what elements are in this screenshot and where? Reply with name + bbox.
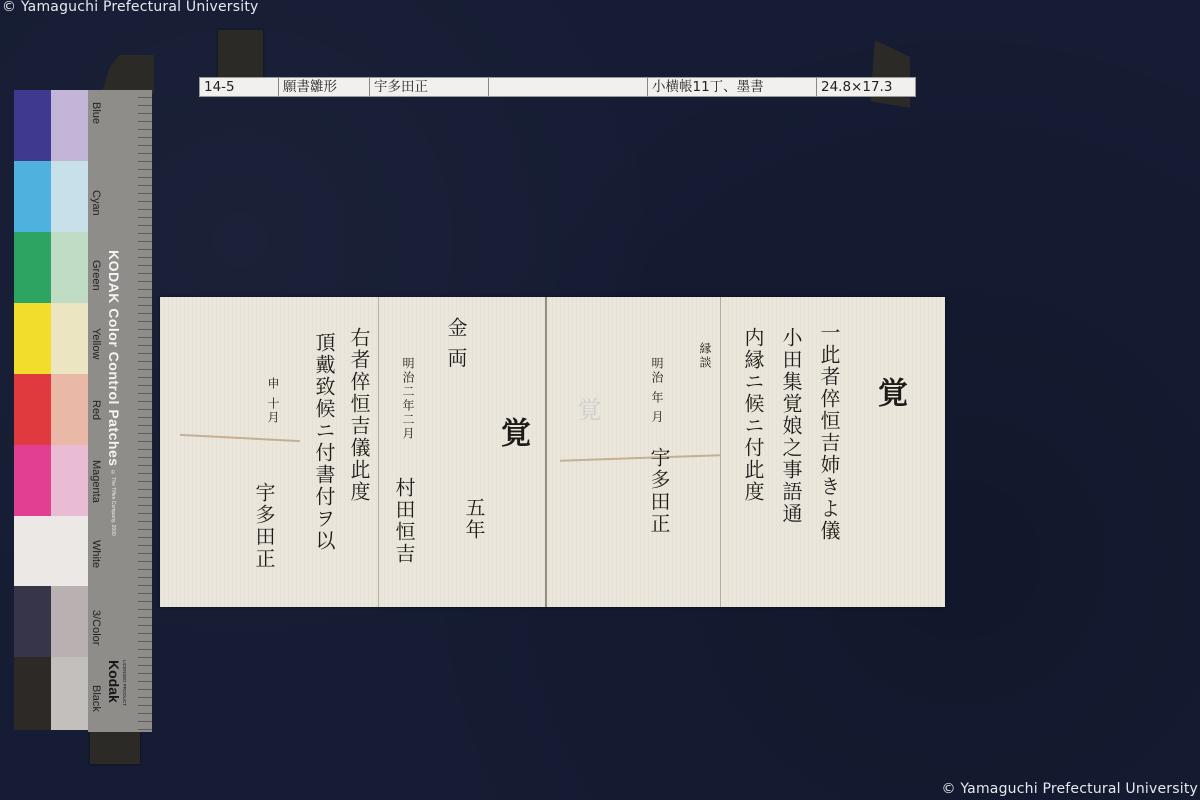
patch-red-dark [14, 374, 51, 445]
patch-yellow-light [51, 303, 89, 374]
catalog-label: 14-5 願書雛形 宇多田正 小横帳11丁、墨書 24.8×17.3 [199, 77, 916, 97]
patch-blue-dark [14, 90, 51, 161]
copyright-top-left: © Yamaguchi Prefectural University [2, 0, 259, 15]
tape-top-left [218, 30, 263, 78]
patch-label-blue: Blue [90, 102, 102, 124]
right-page: 覚 一此者倅恒吉姉きよ儀 小田集覚娘之事語通 内縁ニ候ニ付此度 縁談 明治 年 … [547, 297, 945, 607]
right-col-2: 小田集覚娘之事語通 [777, 327, 806, 525]
patch-label-green: Green [90, 260, 102, 291]
label-id: 14-5 [200, 78, 279, 96]
label-size: 24.8×17.3 [817, 78, 915, 96]
label-blank [489, 78, 648, 96]
left-col-7: 申 十月 [265, 377, 282, 425]
label-format: 小横帳11丁、墨書 [648, 78, 817, 96]
left-col-5: 右者倅恒吉儀此度 [345, 327, 374, 503]
patch-label-black: Black [90, 685, 102, 712]
kodak-ruler: Blue Cyan Green Yellow Red Magenta White… [88, 90, 152, 732]
right-signature: 宇多田正 [645, 447, 674, 535]
patch-label-red: Red [90, 400, 102, 420]
patch-label-white: White [90, 540, 102, 568]
patch-blue-light [51, 90, 89, 161]
left-col-3: 五年 [460, 497, 489, 541]
patch-magenta-light [51, 445, 89, 516]
left-col-1: 金 両 [442, 317, 471, 369]
left-col-6: 頂戴致候ニ付書付ヲ以 [310, 332, 339, 552]
patch-black-dark [14, 657, 51, 730]
patch-cyan-light [51, 161, 89, 232]
kodak-logo: Kodak [106, 660, 122, 703]
patch-label-magenta: Magenta [90, 460, 102, 503]
kodak-title: KODAK Color Control Patches [106, 250, 122, 467]
color-control-patches [14, 90, 89, 730]
kodak-licensed: LICENSED PRODUCT [122, 660, 127, 706]
ruler-scale [138, 90, 152, 732]
tape-top-right [866, 40, 910, 108]
historical-document: 覚 覚 金 両 明治二年二月 五年 村田恒吉 右者倅恒吉儀此度 頂戴致候ニ付書付… [160, 297, 945, 607]
patch-label-3color: 3/Color [90, 610, 102, 645]
kodak-copyright: © The Tiffen Company, 2000 [110, 470, 116, 536]
right-date: 明治 年 月 [649, 357, 666, 425]
copyright-bottom-right: © Yamaguchi Prefectural University [942, 781, 1199, 797]
patch-white [14, 516, 89, 586]
patch-magenta-dark [14, 445, 51, 516]
label-author: 宇多田正 [370, 78, 489, 96]
left-col-2: 明治二年二月 [400, 357, 417, 441]
patch-3color-dark [14, 586, 51, 657]
right-col-3: 内縁ニ候ニ付此度 [739, 327, 768, 503]
right-col-4: 縁談 [697, 342, 714, 370]
left-col-8: 宇多田正 [250, 482, 279, 570]
patch-label-yellow: Yellow [90, 328, 102, 359]
patch-black-light [51, 657, 89, 730]
patch-green-light [51, 232, 89, 303]
patch-green-dark [14, 232, 51, 303]
patch-yellow-dark [14, 303, 51, 374]
patch-label-cyan: Cyan [90, 190, 102, 216]
label-category: 願書雛形 [279, 78, 370, 96]
right-heading: 覚 [867, 377, 911, 409]
patch-3color-light [51, 586, 89, 657]
patch-red-light [51, 374, 89, 445]
right-col-1: 一此者倅恒吉姉きよ儀 [815, 322, 844, 542]
patch-cyan-dark [14, 161, 51, 232]
left-page: 覚 金 両 明治二年二月 五年 村田恒吉 右者倅恒吉儀此度 頂戴致候ニ付書付ヲ以… [160, 297, 547, 607]
left-col-4: 村田恒吉 [390, 477, 419, 565]
left-heading: 覚 [490, 417, 534, 449]
